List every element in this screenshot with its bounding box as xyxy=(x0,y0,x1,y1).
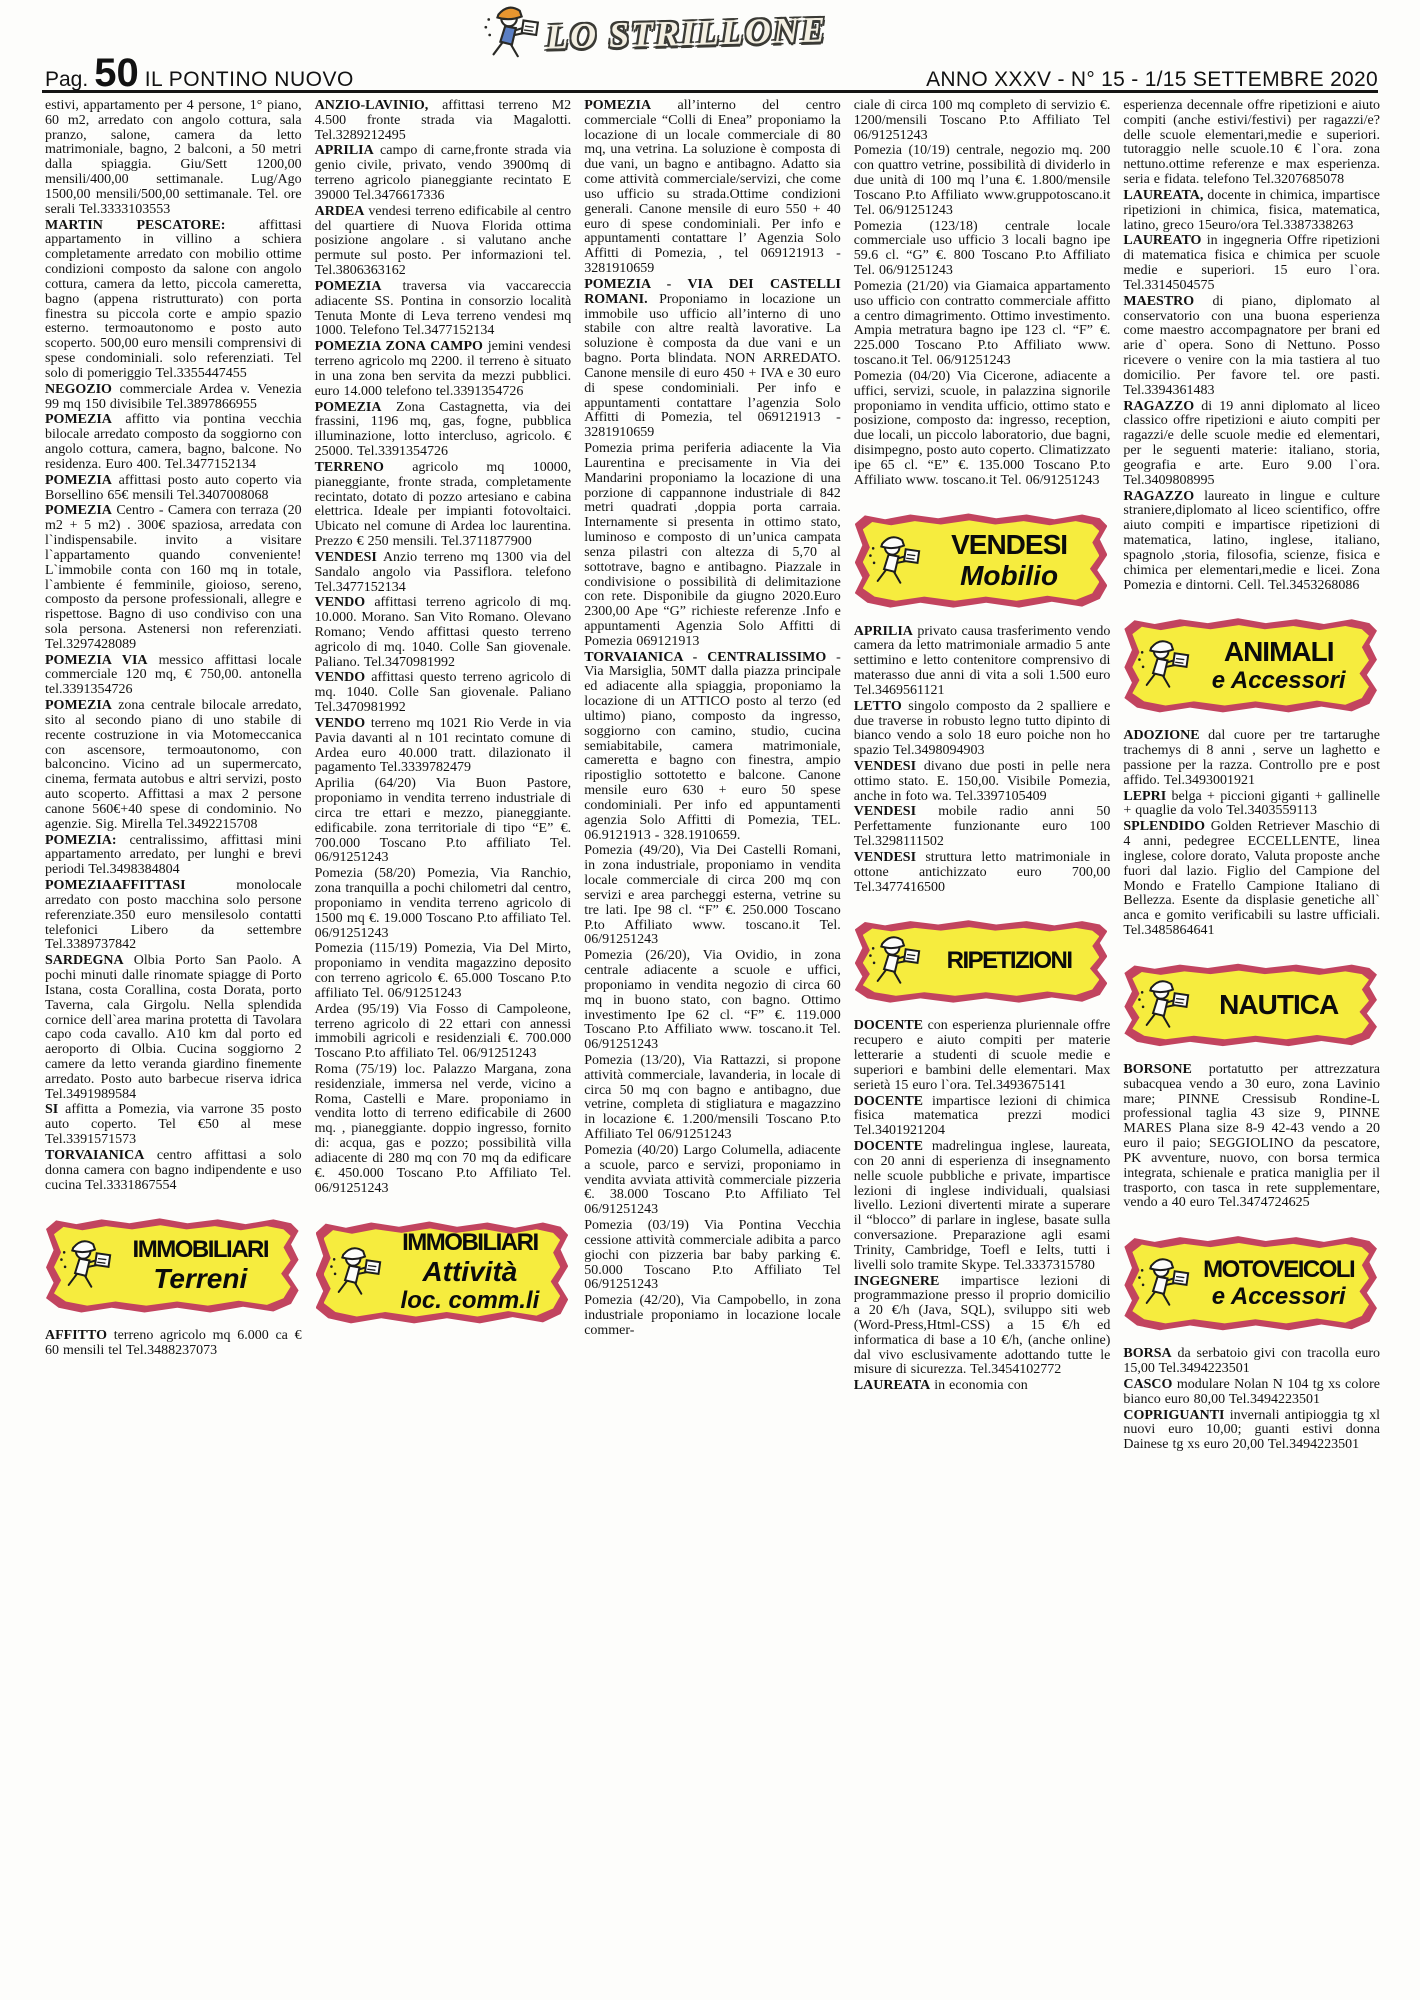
ad-text: - Via Marsiglia, 50MT dalla piazza princ… xyxy=(584,650,841,843)
classified-ad: VENDESI Anzio terreno mq 1300 via del Sa… xyxy=(315,551,572,595)
classified-ad: Ardea (95/19) Via Fosso di Campoleone, t… xyxy=(315,1003,572,1062)
banner-title: MOTOVEICOLI xyxy=(1192,1258,1365,1282)
classified-ad: MAESTRO di piano, diplomato al conservat… xyxy=(1123,295,1380,399)
classified-ad: VENDO affittasi terreno agricolo di mq. … xyxy=(315,596,572,670)
classified-ad: estivi, appartamento per 4 persone, 1° p… xyxy=(45,99,302,218)
ad-text: Pomezia (26/20), Via Ovidio, in zona cen… xyxy=(584,948,841,1052)
banner-subtitle: loc. comm.li xyxy=(384,1289,557,1313)
classified-ad: ANZIO-LAVINIO, affittasi terreno M2 4.50… xyxy=(315,99,572,143)
ad-lead: MARTIN PESCATORE: xyxy=(45,218,225,233)
ad-lead: ANZIO-LAVINIO, xyxy=(315,98,429,113)
banner-text: VENDESIMobilio xyxy=(923,531,1100,590)
ad-text: Ardea (95/19) Via Fosso di Campoleone, t… xyxy=(315,1002,572,1061)
classified-ad: Pomezia (42/20), Via Campobello, in zona… xyxy=(584,1294,841,1338)
masthead-title: LO STRILLONE xyxy=(545,8,827,57)
ad-text: Pomezia (115/19) Pomezia, Via Del Mirto,… xyxy=(315,941,572,1000)
section-banner-inner: NAUTICA xyxy=(1132,970,1369,1040)
classified-ad: POMEZIA VIA messico affittasi locale com… xyxy=(45,654,302,698)
ad-lead: RAGAZZO xyxy=(1123,399,1194,414)
classified-ad: Pomezia (10/19) centrale, negozio mq. 20… xyxy=(854,144,1111,218)
ad-text: Pomezia (40/20) Largo Columella, adiacen… xyxy=(584,1143,841,1217)
ad-text: Pomezia (58/20) Pomezia, Via Ranchio, zo… xyxy=(315,866,572,940)
classified-ad: TORVAIANICA centro affittasi a solo donn… xyxy=(45,1149,302,1193)
banner-subtitle: Terreni xyxy=(114,1265,287,1293)
banner-text: NAUTICA xyxy=(1192,991,1369,1019)
banner-title: ANIMALI xyxy=(1192,638,1365,666)
ad-text: Pomezia (42/20), Via Campobello, in zona… xyxy=(584,1293,841,1338)
classified-ad: ciale di circa 100 mq completo di serviz… xyxy=(854,99,1111,143)
classified-ad: POMEZIA ZONA CAMPO jemini vendesi terren… xyxy=(315,340,572,399)
classified-ad: DOCENTE impartisce lezioni di chimica fi… xyxy=(854,1095,1111,1139)
classified-ad: POMEZIA all’interno del centro commercia… xyxy=(584,99,841,277)
ad-lead: TORVAIANICA - CENTRALISSIMO xyxy=(584,650,826,665)
classified-ad: Pomezia prima periferia adiacente la Via… xyxy=(584,442,841,650)
ad-text: Pomezia (21/20) via Giamaica appartament… xyxy=(854,279,1111,368)
classified-ad: INGEGNERE impartisce lezioni di programm… xyxy=(854,1275,1111,1379)
ad-text: Centro - Camera con terraza (20 m2 + 5 m… xyxy=(45,503,302,651)
ad-text: Pomezia (03/19) Via Pontina Vecchia cess… xyxy=(584,1218,841,1292)
classified-ad: Pomezia (26/20), Via Ovidio, in zona cen… xyxy=(584,949,841,1053)
masthead-logo: LO STRILLONE xyxy=(480,2,930,64)
ad-text: Pomezia prima periferia adiacente la Via… xyxy=(584,441,841,649)
ad-lead: LAUREATO xyxy=(1123,233,1201,248)
ad-lead: VENDO xyxy=(315,670,366,685)
ad-lead: LETTO xyxy=(854,699,902,714)
column-2: ANZIO-LAVINIO, affittasi terreno M2 4.50… xyxy=(315,99,572,1454)
classified-ad: Pomezia (13/20), Via Rattazzi, si propon… xyxy=(584,1054,841,1143)
ad-text: ciale di circa 100 mq completo di serviz… xyxy=(854,98,1111,143)
ad-lead: VENDESI xyxy=(854,759,916,774)
publication-title: IL PONTINO NUOVO xyxy=(145,68,354,92)
classified-ad: POMEZIA Zona Castagnetta, via dei frassi… xyxy=(315,401,572,460)
ad-text: di piano, diplomato al conservatorio con… xyxy=(1123,294,1380,398)
ad-text: in economia con xyxy=(934,1378,1028,1393)
ad-lead: VENDESI xyxy=(854,804,916,819)
ad-lead: SARDEGNA xyxy=(45,953,124,968)
ad-lead: ADOZIONE xyxy=(1123,728,1199,743)
section-banner-vendesi-mobilio: VENDESIMobilio xyxy=(855,513,1108,609)
ad-text: Proponiamo in locazione un immobile uso … xyxy=(584,292,841,440)
classified-ad: VENDESI struttura letto matrimoniale in … xyxy=(854,851,1111,895)
classified-ad: Pomezia (21/20) via Giamaica appartament… xyxy=(854,280,1111,369)
banner-subtitle: Attività xyxy=(384,1258,557,1286)
ad-text: affittasi appartamento in villino a schi… xyxy=(45,218,302,381)
ad-lead: POMEZIA xyxy=(45,473,112,488)
classified-ad: VENDESI mobile radio anni 50 Perfettamen… xyxy=(854,805,1111,849)
section-banner-inner: MOTOVEICOLIe Accessori xyxy=(1132,1242,1369,1324)
ad-lead: APRILIA xyxy=(315,143,374,158)
classified-ad: LAUREATA, docente in chimica, impartisce… xyxy=(1123,189,1380,233)
ad-lead: VENDESI xyxy=(854,850,916,865)
classified-ad: ARDEA vendesi terreno edificabile al cen… xyxy=(315,205,572,279)
ad-lead: LAUREATA, xyxy=(1123,188,1203,203)
ad-text: estivi, appartamento per 4 persone, 1° p… xyxy=(45,98,302,217)
ad-lead: POMEZIA xyxy=(315,400,382,415)
ad-text: Olbia Porto San Paolo. A pochi minuti da… xyxy=(45,953,302,1101)
ad-lead: NEGOZIO xyxy=(45,382,112,397)
ad-lead: LAUREATA xyxy=(854,1378,931,1393)
page-number: 50 xyxy=(94,57,139,89)
ad-text: affitta a Pomezia, via varrone 35 posto … xyxy=(45,1102,302,1147)
classified-ad: SPLENDIDO Golden Retriever Maschio di 4 … xyxy=(1123,820,1380,939)
classified-ad: Pomezia (123/18) centrale locale commerc… xyxy=(854,220,1111,279)
ad-text: Pomezia (13/20), Via Rattazzi, si propon… xyxy=(584,1053,841,1142)
classified-ad: esperienza decennale offre ripetizioni e… xyxy=(1123,99,1380,188)
ad-lead: APRILIA xyxy=(854,624,913,639)
ad-lead: LEPRI xyxy=(1123,789,1166,804)
classified-ad: VENDO terreno mq 1021 Rio Verde in via P… xyxy=(315,717,572,776)
ad-lead: VENDESI xyxy=(315,550,377,565)
section-banner-immobiliari-attivita: IMMOBILIARIAttivitàloc. comm.li xyxy=(316,1220,569,1324)
ad-lead: POMEZIA: xyxy=(45,833,117,848)
ad-lead: SI xyxy=(45,1102,58,1117)
ad-lead: COPRIGUANTI xyxy=(1123,1408,1224,1423)
classified-ad: DOCENTE con esperienza pluriennale offre… xyxy=(854,1019,1111,1093)
ad-text: Pomezia (04/20) Via Cicerone, adiacente … xyxy=(854,369,1111,488)
classified-ad: RAGAZZO di 19 anni diplomato al liceo cl… xyxy=(1123,400,1380,489)
classified-ad: LAUREATO in ingegneria Offre ripetizioni… xyxy=(1123,234,1380,293)
classified-ad: SARDEGNA Olbia Porto San Paolo. A pochi … xyxy=(45,954,302,1102)
ad-lead: BORSONE xyxy=(1123,1062,1191,1077)
banner-title: NAUTICA xyxy=(1192,991,1365,1019)
banner-title: IMMOBILIARI xyxy=(114,1238,287,1262)
classified-ad: RAGAZZO laureato in lingue e culture str… xyxy=(1123,490,1380,594)
ad-text: Pomezia (123/18) centrale locale commerc… xyxy=(854,219,1111,278)
classified-ad: SI affitta a Pomezia, via varrone 35 pos… xyxy=(45,1103,302,1147)
banner-text: RIPETIZIONI xyxy=(923,949,1100,973)
classified-ad: NEGOZIO commerciale Ardea v. Venezia 99 … xyxy=(45,383,302,413)
banner-text: ANIMALIe Accessori xyxy=(1192,638,1369,693)
classified-ad: VENDESI divano due posti in pelle nera o… xyxy=(854,760,1111,804)
classified-ad: Roma (75/19) loc. Palazzo Margana, zona … xyxy=(315,1063,572,1196)
classified-ad: Pomezia (58/20) Pomezia, Via Ranchio, zo… xyxy=(315,867,572,941)
classified-ad: Pomezia (115/19) Pomezia, Via Del Mirto,… xyxy=(315,942,572,1001)
classified-ad: LAUREATA in economia con xyxy=(854,1379,1111,1394)
ad-text: Roma (75/19) loc. Palazzo Margana, zona … xyxy=(315,1062,572,1196)
classified-ad: TERRENO agricolo mq 10000, pianeggiante,… xyxy=(315,461,572,550)
ad-lead: CASCO xyxy=(1123,1377,1172,1392)
banner-subtitle: Mobilio xyxy=(923,562,1096,590)
classified-ad: POMEZIA affittasi posto auto coperto via… xyxy=(45,474,302,504)
classified-ad: POMEZIA traversa via vaccareccia adiacen… xyxy=(315,280,572,339)
banner-title: IMMOBILIARI xyxy=(384,1231,557,1255)
ad-lead: POMEZIA ZONA CAMPO xyxy=(315,339,483,354)
ad-lead: MAESTRO xyxy=(1123,294,1194,309)
banner-text: IMMOBILIARIAttivitàloc. comm.li xyxy=(384,1231,561,1313)
ad-lead: TERRENO xyxy=(315,460,384,475)
ad-text: impartisce lezioni di programmazione pre… xyxy=(854,1274,1111,1378)
ad-text: madrelingua inglese, laureata, con 20 an… xyxy=(854,1139,1111,1273)
classified-ad: POMEZIA zona centrale bilocale arredato,… xyxy=(45,699,302,832)
newsboy-icon xyxy=(1134,1247,1192,1319)
column-3: POMEZIA all’interno del centro commercia… xyxy=(584,99,841,1454)
ad-lead: POMEZIA VIA xyxy=(45,653,148,668)
classified-ad: POMEZIA: centralissimo, affittasi mini a… xyxy=(45,834,302,878)
newspaper-page: Pag. 50 IL PONTINO NUOVO ANNO XXXV - N° … xyxy=(0,0,1420,2000)
page-header-left: Pag. 50 IL PONTINO NUOVO xyxy=(45,57,354,92)
section-banner-inner: IMMOBILIARITerreni xyxy=(54,1224,291,1306)
ad-lead: POMEZIAAFFITTASI xyxy=(45,878,186,893)
issue-info: ANNO XXXV - N° 15 - 1/15 SETTEMBRE 2020 xyxy=(926,68,1378,92)
column-4: ciale di circa 100 mq completo di serviz… xyxy=(854,99,1111,1454)
column-5: esperienza decennale offre ripetizioni e… xyxy=(1123,99,1380,1454)
classified-ad: POMEZIAAFFITTASI monolocale arredato con… xyxy=(45,879,302,953)
section-banner-ripetizioni: RIPETIZIONI xyxy=(855,919,1108,1003)
newsboy-icon xyxy=(865,925,923,997)
ad-lead: INGEGNERE xyxy=(854,1274,940,1289)
banner-subtitle: e Accessori xyxy=(1192,669,1365,693)
header-rule xyxy=(42,90,1378,93)
ad-text: Pomezia (10/19) centrale, negozio mq. 20… xyxy=(854,143,1111,217)
classified-ad: APRILIA campo di carne,fronte strada via… xyxy=(315,144,572,203)
classified-ad: LETTO singolo composto da 2 spalliere e … xyxy=(854,700,1111,759)
classified-ad: MARTIN PESCATORE: affittasi appartamento… xyxy=(45,219,302,382)
ad-lead: TORVAIANICA xyxy=(45,1148,144,1163)
newsboy-icon xyxy=(1134,969,1192,1041)
ad-lead: ARDEA xyxy=(315,204,365,219)
section-banner-motoveicoli-accessori: MOTOVEICOLIe Accessori xyxy=(1124,1235,1377,1331)
classified-ad: APRILIA privato causa trasferimento vend… xyxy=(854,625,1111,699)
classified-ad: Aprilia (64/20) Via Buon Pastore, propon… xyxy=(315,777,572,866)
ad-text: all’interno del centro commerciale “Coll… xyxy=(584,98,841,276)
classified-ad: Pomezia (49/20), Via Dei Castelli Romani… xyxy=(584,844,841,948)
ad-text: esperienza decennale offre ripetizioni e… xyxy=(1123,98,1380,187)
ad-lead: POMEZIA xyxy=(45,503,112,518)
banner-title: RIPETIZIONI xyxy=(923,949,1096,973)
section-banner-immobiliari-terreni: IMMOBILIARITerreni xyxy=(46,1217,299,1313)
ad-lead: DOCENTE xyxy=(854,1018,923,1033)
banner-subtitle: e Accessori xyxy=(1192,1285,1365,1309)
ad-lead: POMEZIA xyxy=(45,412,112,427)
newsboy-icon xyxy=(56,1229,114,1301)
ad-text: Aprilia (64/20) Via Buon Pastore, propon… xyxy=(315,776,572,865)
classified-ad: VENDO affittasi questo terreno agricolo … xyxy=(315,671,572,715)
classified-ad: CASCO modulare Nolan N 104 tg xs colore … xyxy=(1123,1378,1380,1408)
column-1: estivi, appartamento per 4 persone, 1° p… xyxy=(45,99,302,1454)
ad-lead: RAGAZZO xyxy=(1123,489,1194,504)
section-banner-animali-accessori: ANIMALIe Accessori xyxy=(1124,617,1377,713)
banner-title: VENDESI xyxy=(923,531,1096,559)
classified-ad: Pomezia (03/19) Via Pontina Vecchia cess… xyxy=(584,1219,841,1293)
ad-lead: POMEZIA xyxy=(45,698,112,713)
newsboy-icon xyxy=(865,525,923,597)
ad-lead: VENDO xyxy=(315,595,366,610)
ad-lead: BORSA xyxy=(1123,1346,1171,1361)
ad-lead: VENDO xyxy=(315,716,366,731)
newsboy-icon xyxy=(1134,629,1192,701)
ad-text: portatutto per attrezzatura subacquea ve… xyxy=(1123,1062,1380,1210)
classified-ad: Pomezia (40/20) Largo Columella, adiacen… xyxy=(584,1144,841,1218)
newsboy-icon xyxy=(480,2,542,64)
section-banner-nautica: NAUTICA xyxy=(1124,963,1377,1047)
banner-text: IMMOBILIARITerreni xyxy=(114,1238,291,1293)
classified-ad: DOCENTE madrelingua inglese, laureata, c… xyxy=(854,1140,1111,1273)
classified-ad: ADOZIONE dal cuore per tre tartarughe tr… xyxy=(1123,729,1380,788)
banner-text: MOTOVEICOLIe Accessori xyxy=(1192,1258,1369,1309)
classified-ad: BORSA da serbatoio givi con tracolla eur… xyxy=(1123,1347,1380,1377)
ad-lead: SPLENDIDO xyxy=(1123,819,1205,834)
ad-lead: POMEZIA xyxy=(315,279,382,294)
newsboy-icon xyxy=(326,1236,384,1308)
section-banner-inner: ANIMALIe Accessori xyxy=(1132,624,1369,706)
ad-lead: POMEZIA xyxy=(584,98,651,113)
classified-ad: AFFITTO terreno agricolo mq 6.000 ca € 6… xyxy=(45,1329,302,1359)
ad-text: zona centrale bilocale arredato, sito al… xyxy=(45,698,302,832)
classified-ad: BORSONE portatutto per attrezzatura suba… xyxy=(1123,1063,1380,1211)
section-banner-inner: IMMOBILIARIAttivitàloc. comm.li xyxy=(324,1227,561,1317)
ad-lead: AFFITTO xyxy=(45,1328,107,1343)
classified-ad: Pomezia (04/20) Via Cicerone, adiacente … xyxy=(854,370,1111,489)
ad-lead: DOCENTE xyxy=(854,1139,923,1154)
section-banner-inner: VENDESIMobilio xyxy=(863,520,1100,602)
section-banner-inner: RIPETIZIONI xyxy=(863,926,1100,996)
classified-ad: POMEZIA - VIA DEI CASTELLI ROMANI. Propo… xyxy=(584,278,841,441)
page-label: Pag. xyxy=(45,68,88,92)
classified-ad: POMEZIA affitto via pontina vecchia bilo… xyxy=(45,413,302,472)
classified-ad: LEPRI belga + piccioni giganti + galline… xyxy=(1123,790,1380,820)
classified-ad: TORVAIANICA - CENTRALISSIMO - Via Marsig… xyxy=(584,651,841,844)
classified-ad: POMEZIA Centro - Camera con terraza (20 … xyxy=(45,504,302,652)
ad-text: Golden Retriever Maschio di 4 anni, pede… xyxy=(1123,819,1380,938)
classified-ad: COPRIGUANTI invernali antipioggia tg xl … xyxy=(1123,1409,1380,1453)
ad-text: Pomezia (49/20), Via Dei Castelli Romani… xyxy=(584,843,841,947)
ad-lead: DOCENTE xyxy=(854,1094,923,1109)
ad-text: laureato in lingue e culture straniere,d… xyxy=(1123,489,1380,593)
classifieds-columns: estivi, appartamento per 4 persone, 1° p… xyxy=(45,99,1380,1454)
